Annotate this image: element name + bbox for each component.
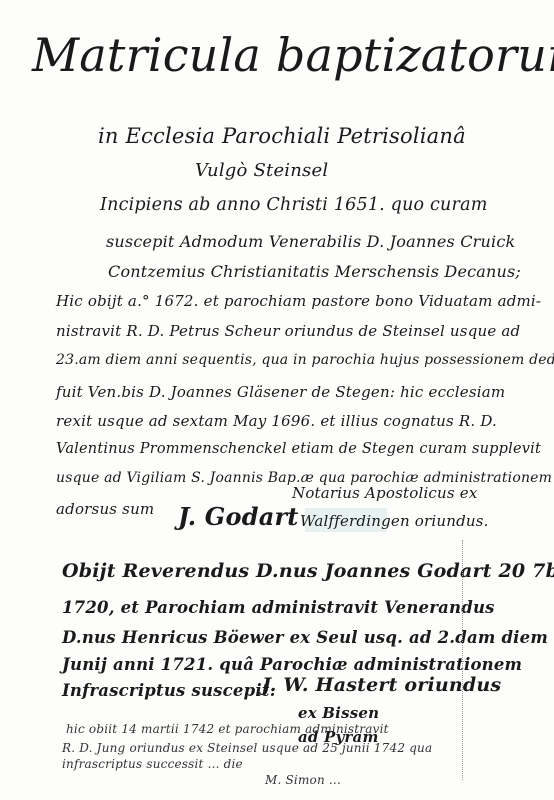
signature-simon: M. Simon ... bbox=[265, 773, 341, 787]
signature1-title-line-1: Notarius Apostolicus ex bbox=[292, 484, 478, 502]
paragraph1-line-6: Valentinus Prommenschenckel etiam de Ste… bbox=[56, 441, 541, 457]
intro-line-2: suscepit Admodum Venerabilis D. Joannes … bbox=[106, 232, 515, 251]
signature1-title-line-2: Walfferdingen oriundus. bbox=[300, 512, 489, 530]
paragraph3-line-2: R. D. Jung oriundus ex Steinsel usque ad… bbox=[62, 741, 432, 755]
signature2-line-2: ex Bissen bbox=[298, 704, 379, 722]
paragraph1-line-4: fuit Ven.bis D. Joannes Gläsener de Steg… bbox=[56, 383, 505, 401]
document-title: Matricula baptizatorum bbox=[32, 28, 554, 82]
paragraph2-line-2: 1720, et Parochiam administravit Veneran… bbox=[62, 598, 495, 617]
paragraph2-line-5: Infrascriptus suscepit. bbox=[62, 681, 276, 700]
church-name: in Ecclesia Parochiali Petrisolianâ bbox=[98, 124, 466, 148]
paragraph1-line-1: Hic obijt a.° 1672. et parochiam pastore… bbox=[56, 292, 541, 310]
paragraph1-line-3: 23.am diem anni sequentis, qua in paroch… bbox=[56, 352, 554, 368]
paragraph1-line-8: adorsus sum bbox=[56, 500, 154, 518]
paragraph3-line-1: hic obiit 14 martii 1742 et parochiam ad… bbox=[66, 722, 389, 736]
intro-line-3: Contzemius Christianitatis Merschensis D… bbox=[108, 262, 521, 281]
paragraph2-line-1: Obijt Reverendus D.nus Joannes Godart 20… bbox=[62, 560, 554, 582]
paragraph1-line-5: rexit usque ad sextam May 1696. et illiu… bbox=[56, 412, 497, 430]
intro-line-1: Incipiens ab anno Christi 1651. quo cura… bbox=[100, 195, 488, 215]
paragraph3-line-3: infrascriptus successit ... die bbox=[62, 757, 243, 771]
paragraph2-line-4: Junij anni 1721. quâ Parochiæ administra… bbox=[62, 655, 522, 674]
signature-godart: J. Godart bbox=[178, 502, 299, 531]
paragraph1-line-2: nistravit R. D. Petrus Scheur oriundus d… bbox=[56, 322, 520, 340]
manuscript-page: Matricula baptizatorum in Ecclesia Paroc… bbox=[0, 0, 554, 800]
signature-hastert: J. W. Hastert oriundus bbox=[262, 674, 501, 696]
village-name: Vulgò Steinsel bbox=[195, 160, 328, 181]
margin-dotted-edge bbox=[462, 540, 463, 780]
paragraph2-line-3: D.nus Henricus Böewer ex Seul usq. ad 2.… bbox=[62, 628, 548, 647]
